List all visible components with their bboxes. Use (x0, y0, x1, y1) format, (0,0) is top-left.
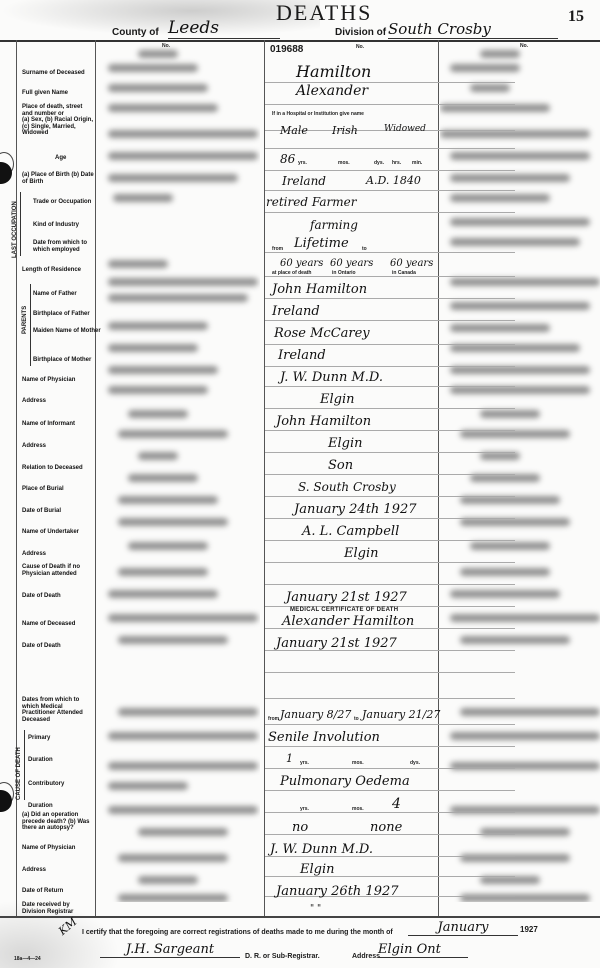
value-undertaker: A. L. Campbell (302, 524, 399, 539)
label-undertaker: Name of Undertaker (22, 529, 94, 536)
column-divider (438, 40, 439, 916)
unit-dys: dys. (374, 160, 384, 166)
value-contributory-cause: Pulmonary Oedema (280, 774, 410, 789)
section-label-parents: PARENTS (22, 306, 28, 334)
value-marital-status: Widowed (384, 124, 426, 134)
value-return-date: January 26th 1927 (276, 884, 399, 899)
section-label-occupation: LAST OCCUPATION (12, 201, 18, 258)
label-primary: Primary (28, 735, 100, 742)
form-code: 18a—4—24 (14, 956, 41, 962)
unit-yrs: yrs. (300, 806, 309, 812)
redacted-left-entry (98, 42, 260, 902)
value-received-marks: " " (310, 904, 321, 914)
section-bracket (20, 192, 21, 256)
label-mother-maiden: Maiden Name of Mother (33, 328, 105, 335)
medical-certificate-heading: MEDICAL CERTIFICATE OF DEATH (290, 607, 398, 613)
value-burial-date: January 24th 1927 (294, 502, 417, 517)
registrar-signature: J.H. Sargeant (100, 942, 240, 958)
label-trade: Trade or Occupation (33, 199, 105, 206)
label-operation-autopsy: (a) Did an operation precede death? (b) … (22, 812, 94, 832)
county-label: County of (112, 27, 159, 38)
label-duration-2: Duration (28, 803, 100, 810)
value-primary-duration: 1 (286, 752, 293, 765)
label-contributory: Contributory (28, 781, 100, 788)
redacted-right-entry (440, 42, 600, 902)
registrar-address-value: Elgin Ont (378, 942, 468, 958)
value-med-deceased-name: Alexander Hamilton (282, 614, 414, 629)
certification-text: I certify that the foregoing are correct… (82, 929, 393, 936)
page-title: DEATHS (276, 0, 372, 26)
label-med-physician: Name of Physician (22, 845, 94, 852)
registrar-address-label: Address (352, 953, 380, 960)
value-primary-cause: Senile Involution (268, 730, 380, 745)
value-death-date: January 21st 1927 (286, 590, 407, 605)
section-bracket (24, 730, 25, 800)
label-sex-origin-status: (a) Sex, (b) Racial Origin, (c) Single, … (22, 117, 94, 137)
unit-mos: mos. (352, 760, 364, 766)
value-birth-date: A.D. 1840 (366, 174, 421, 187)
unit-yrs: yrs. (300, 760, 309, 766)
label-birth: (a) Place of Birth (b) Date of Birth (22, 172, 94, 185)
label-mother-birthplace: Birthplace of Mother (33, 357, 105, 364)
registration-number: 019688 (270, 44, 303, 55)
label-attended-dates: Dates from which to which Medical Practi… (22, 697, 94, 723)
label-med-death-date: Date of Death (22, 643, 94, 650)
value-residence-ontario: 60 years (330, 258, 373, 269)
unit-hrs: hrs. (392, 160, 401, 166)
label-father-name: Name of Father (33, 291, 105, 298)
label-industry: Kind of Industry (33, 222, 105, 229)
value-physician-address: Elgin (320, 392, 355, 407)
value-industry: farming (310, 218, 358, 232)
from-label: from (268, 716, 279, 722)
death-register-page: DEATHS 15 County of Leeds Division of So… (0, 0, 600, 968)
value-informant-address: Elgin (328, 436, 363, 451)
value-informant: John Hamilton (276, 414, 371, 429)
label-employed-dates: Date from which to which employed (33, 240, 105, 253)
value-operation: no (292, 820, 308, 835)
value-father-birthplace: Ireland (272, 304, 320, 319)
hospital-note: If in a Hospital or Institution give nam… (272, 111, 364, 117)
value-attended-to: January 21/27 (362, 708, 440, 721)
label-physician: Name of Physician (22, 377, 94, 384)
value-father-name: John Hamilton (272, 282, 367, 297)
certification-month: January (408, 920, 518, 936)
in-ontario-label: in Ontario (332, 270, 356, 276)
value-employed-from: Lifetime (294, 236, 349, 251)
from-label: from (272, 246, 283, 252)
page-number: 15 (568, 8, 584, 26)
value-attended-from: January 8/27 (280, 708, 351, 721)
value-med-address: Elgin (300, 862, 335, 877)
value-trade: retired Farmer (266, 195, 356, 209)
registrar-label: D. R. or Sub-Registrar. (245, 953, 320, 960)
label-father-birthplace: Birthplace of Father (33, 311, 105, 318)
label-surname: Surname of Deceased (22, 70, 94, 77)
value-burial-place: S. South Crosby (298, 480, 396, 494)
label-burial-place: Place of Burial (22, 486, 94, 493)
value-med-physician: J. W. Dunn M.D. (270, 842, 373, 857)
label-undertaker-address: Address (22, 551, 94, 558)
label-physician-address: Address (22, 398, 94, 405)
unit-mos: mos. (352, 806, 364, 812)
label-duration-1: Duration (28, 757, 100, 764)
value-residence-place: 60 years (280, 258, 323, 269)
unit-min: min. (412, 160, 422, 166)
label-relation: Relation to Deceased (22, 465, 94, 472)
no-label: No. (356, 44, 364, 50)
to-label: to (354, 716, 359, 722)
division-value: South Crosby (388, 20, 558, 39)
value-physician: J. W. Dunn M.D. (280, 370, 383, 385)
unit-mos: mos. (338, 160, 350, 166)
section-label-cause: CAUSE OF DEATH (16, 747, 22, 800)
column-divider (264, 40, 265, 916)
to-label: to (362, 246, 367, 252)
label-med-deceased-name: Name of Deceased (22, 621, 94, 628)
county-value: Leeds (168, 18, 280, 39)
label-residence: Length of Residence (22, 267, 94, 274)
certification-year: 1927 (520, 925, 538, 934)
value-contributory-duration: 4 (392, 796, 401, 812)
value-residence-canada: 60 years (390, 258, 433, 269)
unit-dys: dys. (410, 760, 420, 766)
label-cause-no-physician: Cause of Death if no Physician attended (22, 564, 94, 577)
label-age: Age (55, 155, 85, 162)
in-canada-label: in Canada (392, 270, 416, 276)
unit-yrs: yrs. (298, 160, 307, 166)
label-informant-address: Address (22, 443, 94, 450)
value-relation: Son (328, 458, 353, 473)
value-mother-maiden: Rose McCarey (274, 326, 370, 341)
label-received-date: Date received by Division Registrar (22, 902, 94, 915)
label-return-date: Date of Return (22, 888, 94, 895)
section-bracket (30, 284, 31, 366)
label-death-date: Date of Death (22, 593, 94, 600)
label-burial-date: Date of Burial (22, 508, 94, 515)
value-surname: Hamilton (296, 62, 371, 81)
at-place-label: at place of death (272, 270, 311, 276)
value-autopsy: none (370, 820, 402, 835)
label-informant: Name of Informant (22, 421, 94, 428)
label-med-address: Address (22, 867, 94, 874)
label-place-of-death: Place of death, street and number or (22, 104, 94, 117)
value-racial-origin: Irish (332, 124, 358, 137)
value-birth-place: Ireland (282, 174, 326, 188)
value-age-years: 86 (280, 152, 295, 166)
value-mother-birthplace: Ireland (278, 348, 326, 363)
value-undertaker-address: Elgin (344, 546, 379, 561)
division-label: Division of (335, 27, 386, 38)
value-med-death-date: January 21st 1927 (276, 636, 397, 651)
value-sex: Male (280, 124, 308, 137)
footer-rule (0, 916, 600, 918)
value-given-name: Alexander (296, 83, 368, 99)
label-given-name: Full given Name (22, 90, 94, 97)
